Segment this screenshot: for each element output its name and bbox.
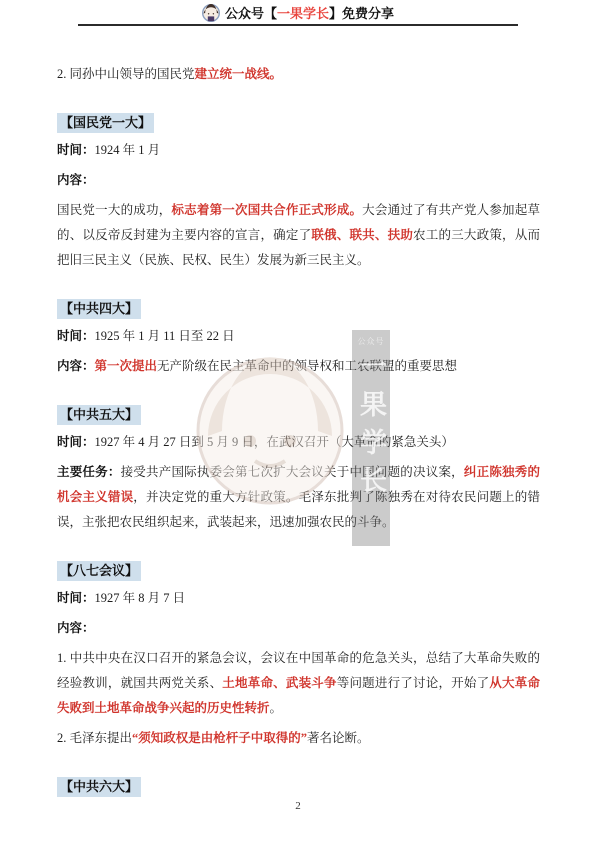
body-text: 接受共产国际执委会第七次扩大会议关于中国问题的决议案， (121, 465, 464, 479)
body-text: 1927 年 4 月 27 日到 5 月 9 日，在武汉召开（大革命的紧急关头） (95, 435, 454, 449)
red-emphasis-text: 标志着第一次国共合作正式形成。 (171, 203, 362, 217)
body-text: 国民党一大的成功， (57, 203, 171, 217)
body-text: 2. 同孙中山领导的国民党 (57, 67, 195, 81)
field-label: 时间： (57, 435, 95, 449)
section-title: 【中共五大】 (57, 405, 141, 425)
red-emphasis-text: 土地革命、武装斗争 (222, 676, 336, 690)
red-emphasis-text: 联俄、联共、扶助 (311, 228, 413, 242)
field-label: 主要任务： (57, 465, 121, 479)
body-text: 。 (270, 701, 283, 715)
section-title: 【国民党一大】 (57, 113, 154, 133)
labeled-row: 时间：1925 年 1 月 11 日至 22 日 (57, 324, 540, 349)
labeled-row: 内容： (57, 616, 540, 641)
section-2: 【中共四大】时间：1925 年 1 月 11 日至 22 日内容：第一次提出无产… (57, 299, 540, 379)
body-text: 1925 年 1 月 11 日至 22 日 (95, 329, 235, 343)
section-title: 【中共六大】 (57, 777, 141, 797)
paragraph: 2. 毛泽东提出“须知政权是由枪杆子中取得的”著名论断。 (57, 726, 540, 751)
section-3: 【中共五大】时间：1927 年 4 月 27 日到 5 月 9 日，在武汉召开（… (57, 405, 540, 535)
document-content: 2. 同孙中山领导的国民党建立统一战线。 【国民党一大】时间：1924 年 1 … (57, 50, 540, 797)
body-text: 公众号【 (225, 6, 277, 21)
body-text: 2. 毛泽东提出 (57, 731, 132, 745)
page-number: 2 (0, 800, 596, 812)
red-emphasis-text: “须知政权是由枪杆子中取得的” (132, 731, 307, 745)
labeled-row: 内容：第一次提出无产阶级在民主革命中的领导权和工农联盟的重要思想 (57, 354, 540, 379)
section-title: 【中共四大】 (57, 299, 141, 319)
body-text: 等问题进行了讨论，开始了 (337, 676, 490, 690)
labeled-row: 时间：1924 年 1 月 (57, 138, 540, 163)
intro-list-item: 2. 同孙中山领导的国民党建立统一战线。 (57, 62, 540, 87)
field-label: 内容： (57, 359, 95, 373)
labeled-row: 主要任务：接受共产国际执委会第七次扩大会议关于中国问题的决议案，纠正陈独秀的机会… (57, 460, 540, 535)
paragraph: 国民党一大的成功，标志着第一次国共合作正式形成。大会通过了有共产党人参加起草的、… (57, 198, 540, 273)
section-1: 【国民党一大】时间：1924 年 1 月内容：国民党一大的成功，标志着第一次国共… (57, 113, 540, 273)
section-5: 【中共六大】 (57, 777, 540, 797)
red-emphasis-text: 第一次提出 (95, 359, 158, 373)
field-label: 内容： (57, 173, 95, 187)
field-label: 时间： (57, 591, 95, 605)
red-emphasis-text: 建立统一战线。 (195, 67, 283, 81)
field-label: 内容： (57, 621, 95, 635)
header-brand-text: 公众号【一果学长】免费分享 (225, 3, 394, 22)
body-text: 1924 年 1 月 (95, 143, 161, 157)
field-label: 时间： (57, 329, 95, 343)
header-divider (78, 24, 518, 26)
body-text: 】免费分享 (329, 6, 394, 21)
section-4: 【八七会议】时间：1927 年 8 月 7 日内容：1. 中共中央在汉口召开的紧… (57, 561, 540, 751)
field-label: 时间： (57, 143, 95, 157)
body-text: 著名论断。 (307, 731, 370, 745)
labeled-row: 时间：1927 年 4 月 27 日到 5 月 9 日，在武汉召开（大革命的紧急… (57, 430, 540, 455)
document-page: 公众号【一果学长】免费分享 2. 同孙中山领导的国民党建立统一战线。 【国民党一… (0, 0, 596, 842)
labeled-row: 内容： (57, 168, 540, 193)
body-text: 无产阶级在民主革命中的领导权和工农联盟的重要思想 (157, 359, 457, 373)
sections: 【国民党一大】时间：1924 年 1 月内容：国民党一大的成功，标志着第一次国共… (57, 113, 540, 797)
red-emphasis-text: 一果学长 (277, 6, 329, 21)
header-brand: 公众号【一果学长】免费分享 (0, 3, 596, 22)
paragraph: 1. 中共中央在汉口召开的紧急会议，会议在中国革命的危急关头，总结了大革命失败的… (57, 646, 540, 721)
labeled-row: 时间：1927 年 8 月 7 日 (57, 586, 540, 611)
boy-avatar-icon (202, 4, 220, 22)
body-text: 1927 年 8 月 7 日 (95, 591, 186, 605)
section-title: 【八七会议】 (57, 561, 141, 581)
